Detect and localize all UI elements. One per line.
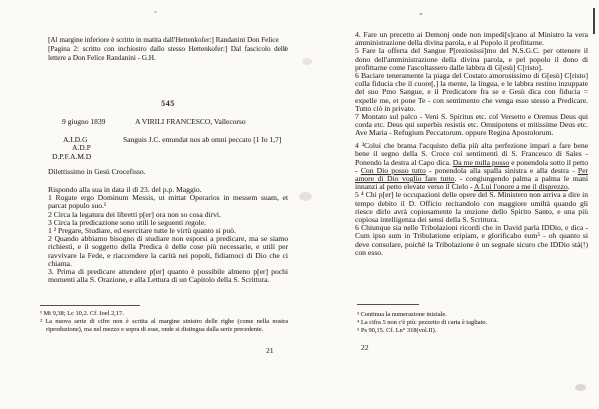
text-segment: 5 Fare la offerta del Sangue P[reziosiss… [355, 46, 588, 71]
footnote: ³ Continua la numerazione iniziale. [357, 311, 587, 319]
page-number: 21 [266, 346, 274, 355]
text-segment: 6 Chiunque sia nelle Tribolazioni ricord… [355, 223, 588, 257]
text-segment: ³ Continua la numerazione iniziale. [357, 311, 447, 318]
letter-paragraph: 7 Montato sul palco - Veni S. Spiritus e… [355, 113, 588, 138]
letter-paragraph: 3. Prima di predicare attendere p[er] qu… [48, 268, 288, 284]
invocation-motto: Sanguis J.C. emundat nos ab omni peccato… [123, 135, 281, 144]
invocation-block: A.I.D.G Sanguis J.C. emundat nos ab omni… [48, 135, 288, 163]
marginal-slash-mark: / [284, 45, 286, 54]
letter-header: 9 giugno 1839 A VIRILI FRANCESCO, Vallec… [48, 117, 288, 127]
invocation-initials: D.P.F.A.M.D [52, 152, 91, 161]
scan-artifact [302, 58, 312, 65]
letter-paragraph: 6 Baciare teneramente la piaga del Costa… [355, 72, 588, 113]
editorial-note-line: [Al margine inferiore è scritto in matit… [48, 36, 288, 45]
salutation: Dilettissimo in Gesù Crocefisso. [48, 167, 146, 176]
letter-body: 4. Fare un precetto ai Demonj onde non i… [355, 31, 588, 257]
letter-number: 545 [48, 99, 288, 108]
scan-edge-artifact [593, 8, 595, 34]
letter-paragraph: 4 ³Colui che brama l'acquisto della più … [355, 142, 588, 191]
right-page: 4. Fare un precetto ai Demonj onde non i… [355, 0, 588, 409]
scan-artifact [575, 384, 586, 391]
letter-paragraph: 6 Chiunque sia nelle Tribolazioni ricord… [355, 224, 588, 257]
footnote: ⁴ La cifra 5 non c'è più: pezzetto di ca… [357, 319, 587, 327]
footnote-separator-rule [357, 304, 419, 305]
footnotes-block: ³ Continua la numerazione iniziale.⁴ La … [357, 311, 587, 335]
text-segment: ⁴ La cifra 5 non c'è più: pezzetto di ca… [357, 319, 487, 326]
footnote: ¹ Mt 9,38; Lc 10,2. Cf. Ioel 2,17. [40, 310, 288, 318]
letter-paragraph: 5 Fare la offerta del Sangue P[reziosiss… [355, 47, 588, 72]
footnote: ⁵ Ps 90,15. Cf. Ln° 318(vol.II). [357, 327, 587, 335]
text-segment: 7 Montato sul palco - Veni S. Spiritus e… [355, 112, 588, 137]
letter-paragraph: 2 Quando abbiamo bisogno di studiare non… [48, 235, 288, 268]
scanned-book-page: { "scan": { "paper_color": "#fbfaf7", "i… [0, 0, 599, 409]
letter-recipient: A VIRILI FRANCESCO, Vallecorso [135, 117, 246, 126]
text-segment: 1 Rogate ergo Dominum Messis, ut mittat … [48, 193, 288, 210]
text-segment: 3. Prima di predicare attendere p[er] qu… [48, 267, 288, 284]
letter-date: 9 giugno 1839 [62, 117, 105, 126]
text-segment: 6 Baciare teneramente la piaga del Costa… [355, 71, 588, 113]
text-segment: ⁵ Ps 90,15. Cf. Ln° 318(vol.II). [357, 327, 436, 334]
footnotes-block: ¹ Mt 9,38; Lc 10,2. Cf. Ioel 2,17.² La n… [40, 310, 288, 334]
letter-paragraph: 4. Fare un precetto ai Demonj onde non i… [355, 31, 588, 47]
letter-body: Rispondo alla sua in data il dì 23. del … [48, 186, 288, 284]
scan-artifact [299, 192, 312, 201]
text-segment: ² La nuova serie di cifre non è scritta … [40, 318, 288, 333]
letter-paragraph: 5 ⁴ Chi p[er] le occupazioni delle opere… [355, 191, 588, 224]
editorial-note: [Al margine inferiore è scritto in matit… [48, 36, 288, 63]
left-page: [Al margine inferiore è scritto in matit… [48, 0, 288, 409]
text-segment: 4. Fare un precetto ai Demonj onde non i… [355, 30, 588, 47]
footnote: ² La nuova serie di cifre non è scritta … [40, 318, 288, 334]
editorial-note-line: [Pagina 2: scritto con inchiostro dallo … [48, 45, 288, 63]
letter-paragraph: 1 Rogate ergo Dominum Messis, ut mittat … [48, 194, 288, 210]
page-number: 22 [361, 343, 369, 352]
scan-artifact [419, 13, 423, 15]
text-segment: 2 Quando abbiamo bisogno di studiare non… [48, 234, 288, 268]
footnote-separator-rule [40, 305, 140, 306]
scan-artifact [154, 11, 157, 13]
text-segment: ¹ Mt 9,38; Lc 10,2. Cf. Ioel 2,17. [40, 310, 124, 317]
text-segment: 5 ⁴ Chi p[er] le occupazioni delle opere… [355, 190, 588, 224]
